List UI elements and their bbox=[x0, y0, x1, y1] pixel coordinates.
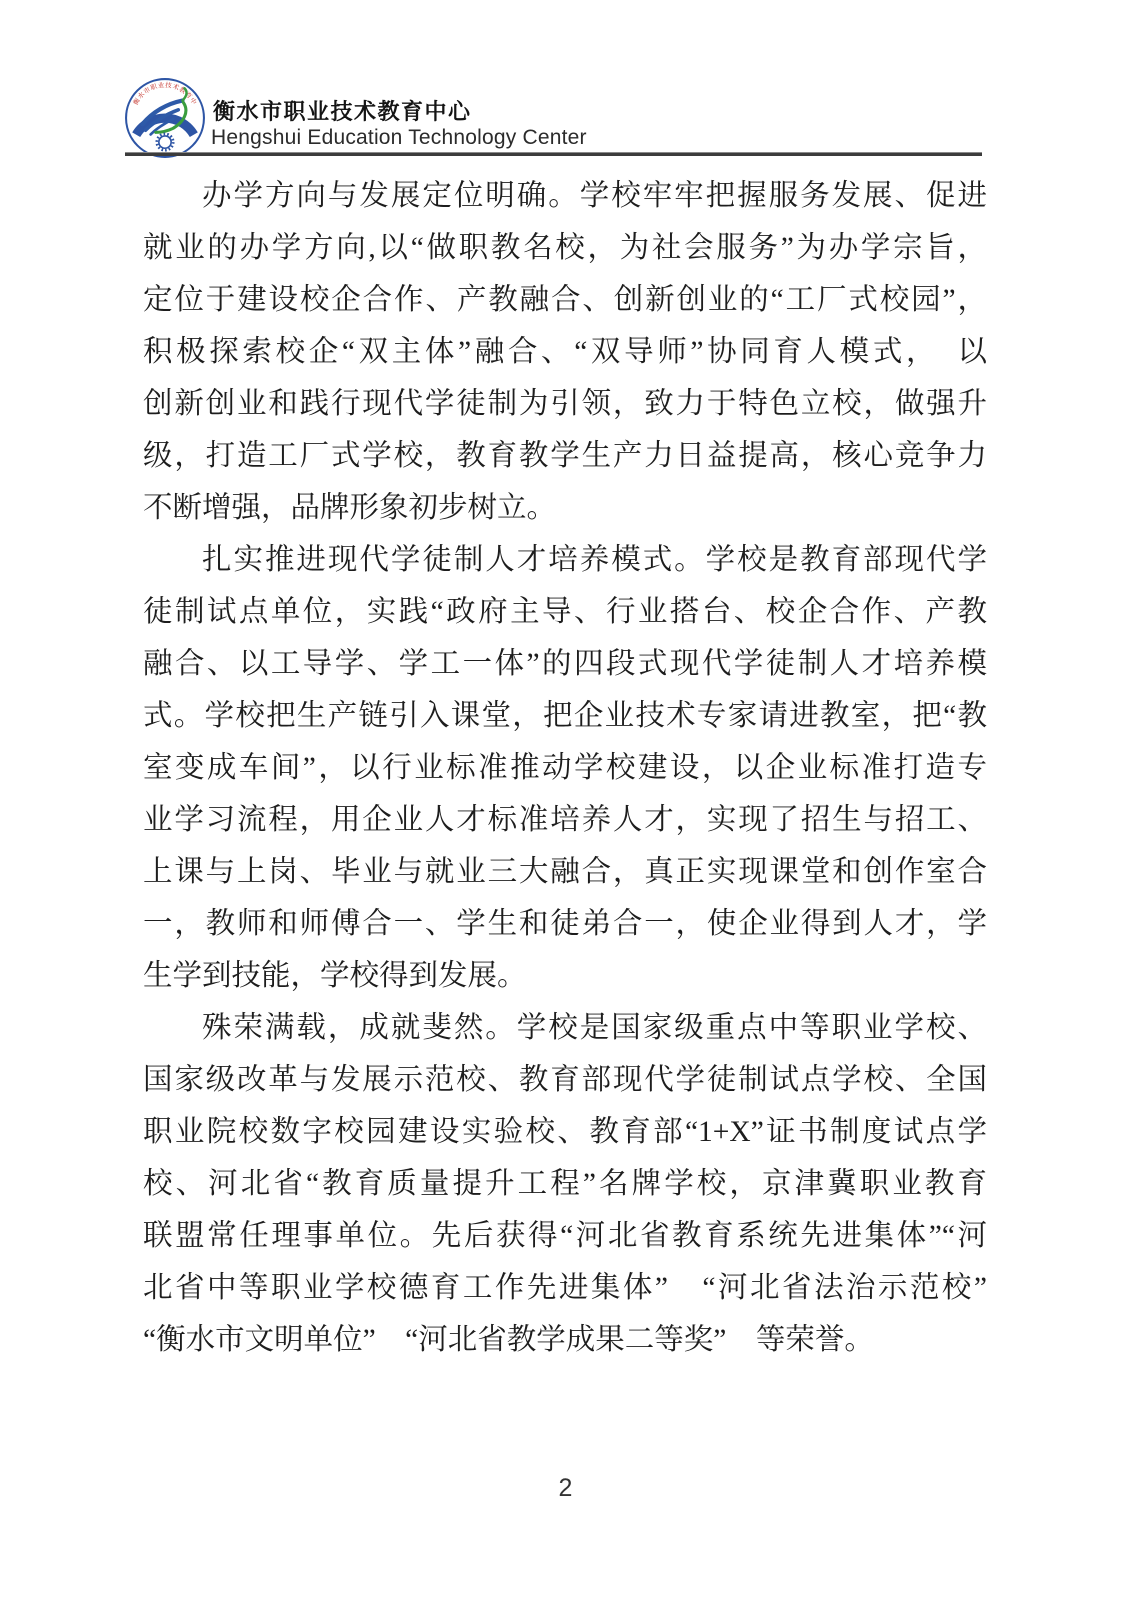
text-line: 级，打造工厂式学校，教育教学生产力日益提高，核心竞争力 bbox=[143, 430, 987, 482]
text-line: 联盟常任理事单位。先后获得“河北省教育系统先进集体”“河 bbox=[143, 1210, 987, 1262]
text-line: 一，教师和师傅合一、学生和徒弟合一，使企业得到人才，学 bbox=[143, 898, 987, 950]
text-line: 积极探索校企“双主体”融合、“双导师”协同育人模式， 以 bbox=[143, 326, 987, 378]
school-name-english: Hengshui Education Technology Center bbox=[211, 126, 587, 150]
text-line: 室变成车间”，以行业标准推动学校建设，以企业标准打造专 bbox=[143, 742, 987, 794]
text-line: 定位于建设校企合作、产教融合、创新创业的“工厂式校园”， bbox=[143, 274, 987, 326]
text-line: 生学到技能，学校得到发展。 bbox=[143, 950, 987, 1002]
paragraph: 殊荣满载，成就斐然。学校是国家级重点中等职业学校、国家级改革与发展示范校、教育部… bbox=[143, 1002, 987, 1366]
text-line: 办学方向与发展定位明确。学校牢牢把握服务发展、促进 bbox=[143, 170, 987, 222]
text-line: 式。学校把生产链引入课堂，把企业技术专家请进教室，把“教 bbox=[143, 690, 987, 742]
text-line: 创新创业和践行现代学徒制为引领，致力于特色立校，做强升 bbox=[143, 378, 987, 430]
text-line: 业学习流程，用企业人才标准培养人才，实现了招生与招工、 bbox=[143, 794, 987, 846]
text-line: 不断增强，品牌形象初步树立。 bbox=[143, 482, 987, 534]
header-divider bbox=[125, 152, 982, 156]
text-line: 就业的办学方向,以“做职教名校，为社会服务”为办学宗旨， bbox=[143, 222, 987, 274]
page-number: 2 bbox=[0, 1474, 1131, 1503]
paragraph: 办学方向与发展定位明确。学校牢牢把握服务发展、促进就业的办学方向,以“做职教名校… bbox=[143, 170, 987, 534]
document-body: 办学方向与发展定位明确。学校牢牢把握服务发展、促进就业的办学方向,以“做职教名校… bbox=[143, 170, 987, 1366]
text-line: 职业院校数字校园建设实验校、教育部“1+X”证书制度试点学 bbox=[143, 1106, 987, 1158]
text-line: 上课与上岗、毕业与就业三大融合，真正实现课堂和创作室合 bbox=[143, 846, 987, 898]
school-logo-icon: 衡水市职业技术教育中心 bbox=[124, 77, 206, 159]
text-line: 徒制试点单位，实践“政府主导、行业搭台、校企合作、产教 bbox=[143, 586, 987, 638]
text-line: 融合、以工导学、学工一体”的四段式现代学徒制人才培养模 bbox=[143, 638, 987, 690]
paragraph: 扎实推进现代学徒制人才培养模式。学校是教育部现代学徒制试点单位，实践“政府主导、… bbox=[143, 534, 987, 1002]
text-line: 国家级改革与发展示范校、教育部现代学徒制试点学校、全国 bbox=[143, 1054, 987, 1106]
text-line: 北省中等职业学校德育工作先进集体” “河北省法治示范校” bbox=[143, 1262, 987, 1314]
text-line: 校、河北省“教育质量提升工程”名牌学校，京津冀职业教育 bbox=[143, 1158, 987, 1210]
school-logo-svg: 衡水市职业技术教育中心 bbox=[124, 77, 206, 159]
text-line: “衡水市文明单位” “河北省教学成果二等奖” 等荣誉。 bbox=[143, 1314, 987, 1366]
text-line: 殊荣满载，成就斐然。学校是国家级重点中等职业学校、 bbox=[143, 1002, 987, 1054]
text-line: 扎实推进现代学徒制人才培养模式。学校是教育部现代学 bbox=[143, 534, 987, 586]
school-name-chinese: 衡水市职业技术教育中心 bbox=[213, 95, 472, 126]
document-page: 衡水市职业技术教育中心 衡水市职业技术教育中心 Hengshui Educat bbox=[0, 0, 1131, 1600]
